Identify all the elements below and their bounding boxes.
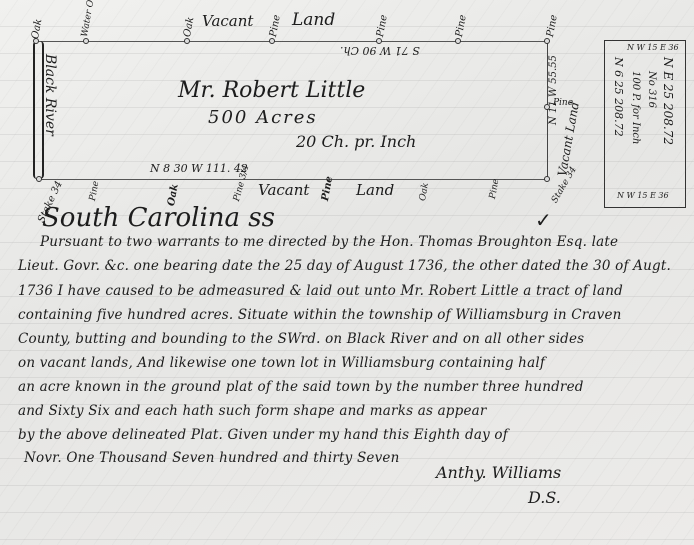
corner-marker — [544, 176, 550, 182]
certificate-line: Pursuant to two warrants to me directed … — [40, 234, 618, 250]
certificate-line: 1736 I have caused to be admeasured & la… — [18, 283, 623, 299]
bottom-boundary-label: Pine — [488, 178, 501, 199]
right-boundary-corner-mid: Pine — [553, 98, 573, 108]
document-page: Oak Water Oak Oak Vacant Pine Land Pine … — [0, 0, 694, 545]
left-boundary-river-label: Black River — [42, 54, 58, 136]
top-boundary-label: Water Oak — [80, 0, 98, 38]
certificate-line: Novr. One Thousand Seven hundred and thi… — [24, 450, 400, 466]
bottom-boundary-label: Vacant — [258, 181, 309, 199]
bottom-boundary-label: Land — [356, 181, 394, 199]
state-heading: South Carolina ss — [42, 203, 275, 233]
survey-note-line: N E 25 208.72 — [661, 57, 675, 145]
plat-top-boundary — [36, 41, 546, 42]
top-boundary-label: Pine — [545, 14, 560, 38]
certificate-line: an acre known in the ground plat of the … — [18, 379, 584, 395]
top-boundary-label: Pine — [375, 14, 390, 38]
top-boundary-label: Pine — [454, 14, 469, 38]
corner-marker — [455, 38, 461, 44]
certificate-line: on vacant lands, And likewise one town l… — [18, 355, 545, 371]
corner-marker — [36, 176, 42, 182]
surveyor-title: D.S. — [528, 488, 561, 507]
survey-note-line: No 316 — [646, 71, 657, 108]
top-boundary-label: Oak — [182, 16, 196, 38]
top-boundary-bearing: S 71 W 90 Ch. — [340, 44, 420, 57]
survey-note-line: N 6 25 208.72 — [612, 57, 625, 137]
certificate-line: Lieut. Govr. &c. one bearing date the 25… — [18, 258, 671, 274]
corner-marker — [83, 38, 89, 44]
plat-scale: 20 Ch. pr. Inch — [296, 132, 416, 151]
certificate-line: by the above delineated Plat. Given unde… — [18, 427, 508, 443]
checkmark-icon: ✓ — [535, 208, 552, 232]
bottom-boundary-label: Pine — [88, 180, 101, 201]
survey-notes-box: N W 15 E 36 N E 25 208.72 No 316 100 P. … — [604, 40, 686, 208]
corner-marker — [544, 38, 550, 44]
plat-acreage: 500 Acres — [208, 107, 318, 128]
corner-marker — [184, 38, 190, 44]
certificate-line: County, butting and bounding to the SWrd… — [18, 331, 584, 347]
bottom-boundary-bearing: N 8 30 W 111. 42 — [150, 162, 248, 175]
certificate-line: and Sixty Six and each hath such form sh… — [18, 403, 487, 419]
survey-note-line: 100 P. for Inch — [630, 71, 641, 144]
corner-marker — [269, 38, 275, 44]
top-boundary-label: Pine — [268, 14, 283, 38]
surveyor-signature: Anthy. Williams — [436, 463, 561, 482]
top-boundary-label: Oak — [30, 18, 44, 40]
bottom-boundary-label: Oak — [418, 182, 431, 202]
plat-owner-name: Mr. Robert Little — [178, 78, 365, 103]
survey-note-bottom: N W 15 E 36 — [617, 191, 669, 200]
plat-bottom-boundary — [36, 179, 546, 180]
top-boundary-label: Vacant — [202, 12, 253, 30]
top-boundary-label: Land — [292, 10, 335, 30]
right-boundary-bearing: N 11 W 55.55 — [548, 55, 559, 125]
survey-note-top: N W 15 E 36 — [627, 43, 679, 52]
certificate-line: containing five hundred acres. Situate w… — [18, 307, 622, 323]
